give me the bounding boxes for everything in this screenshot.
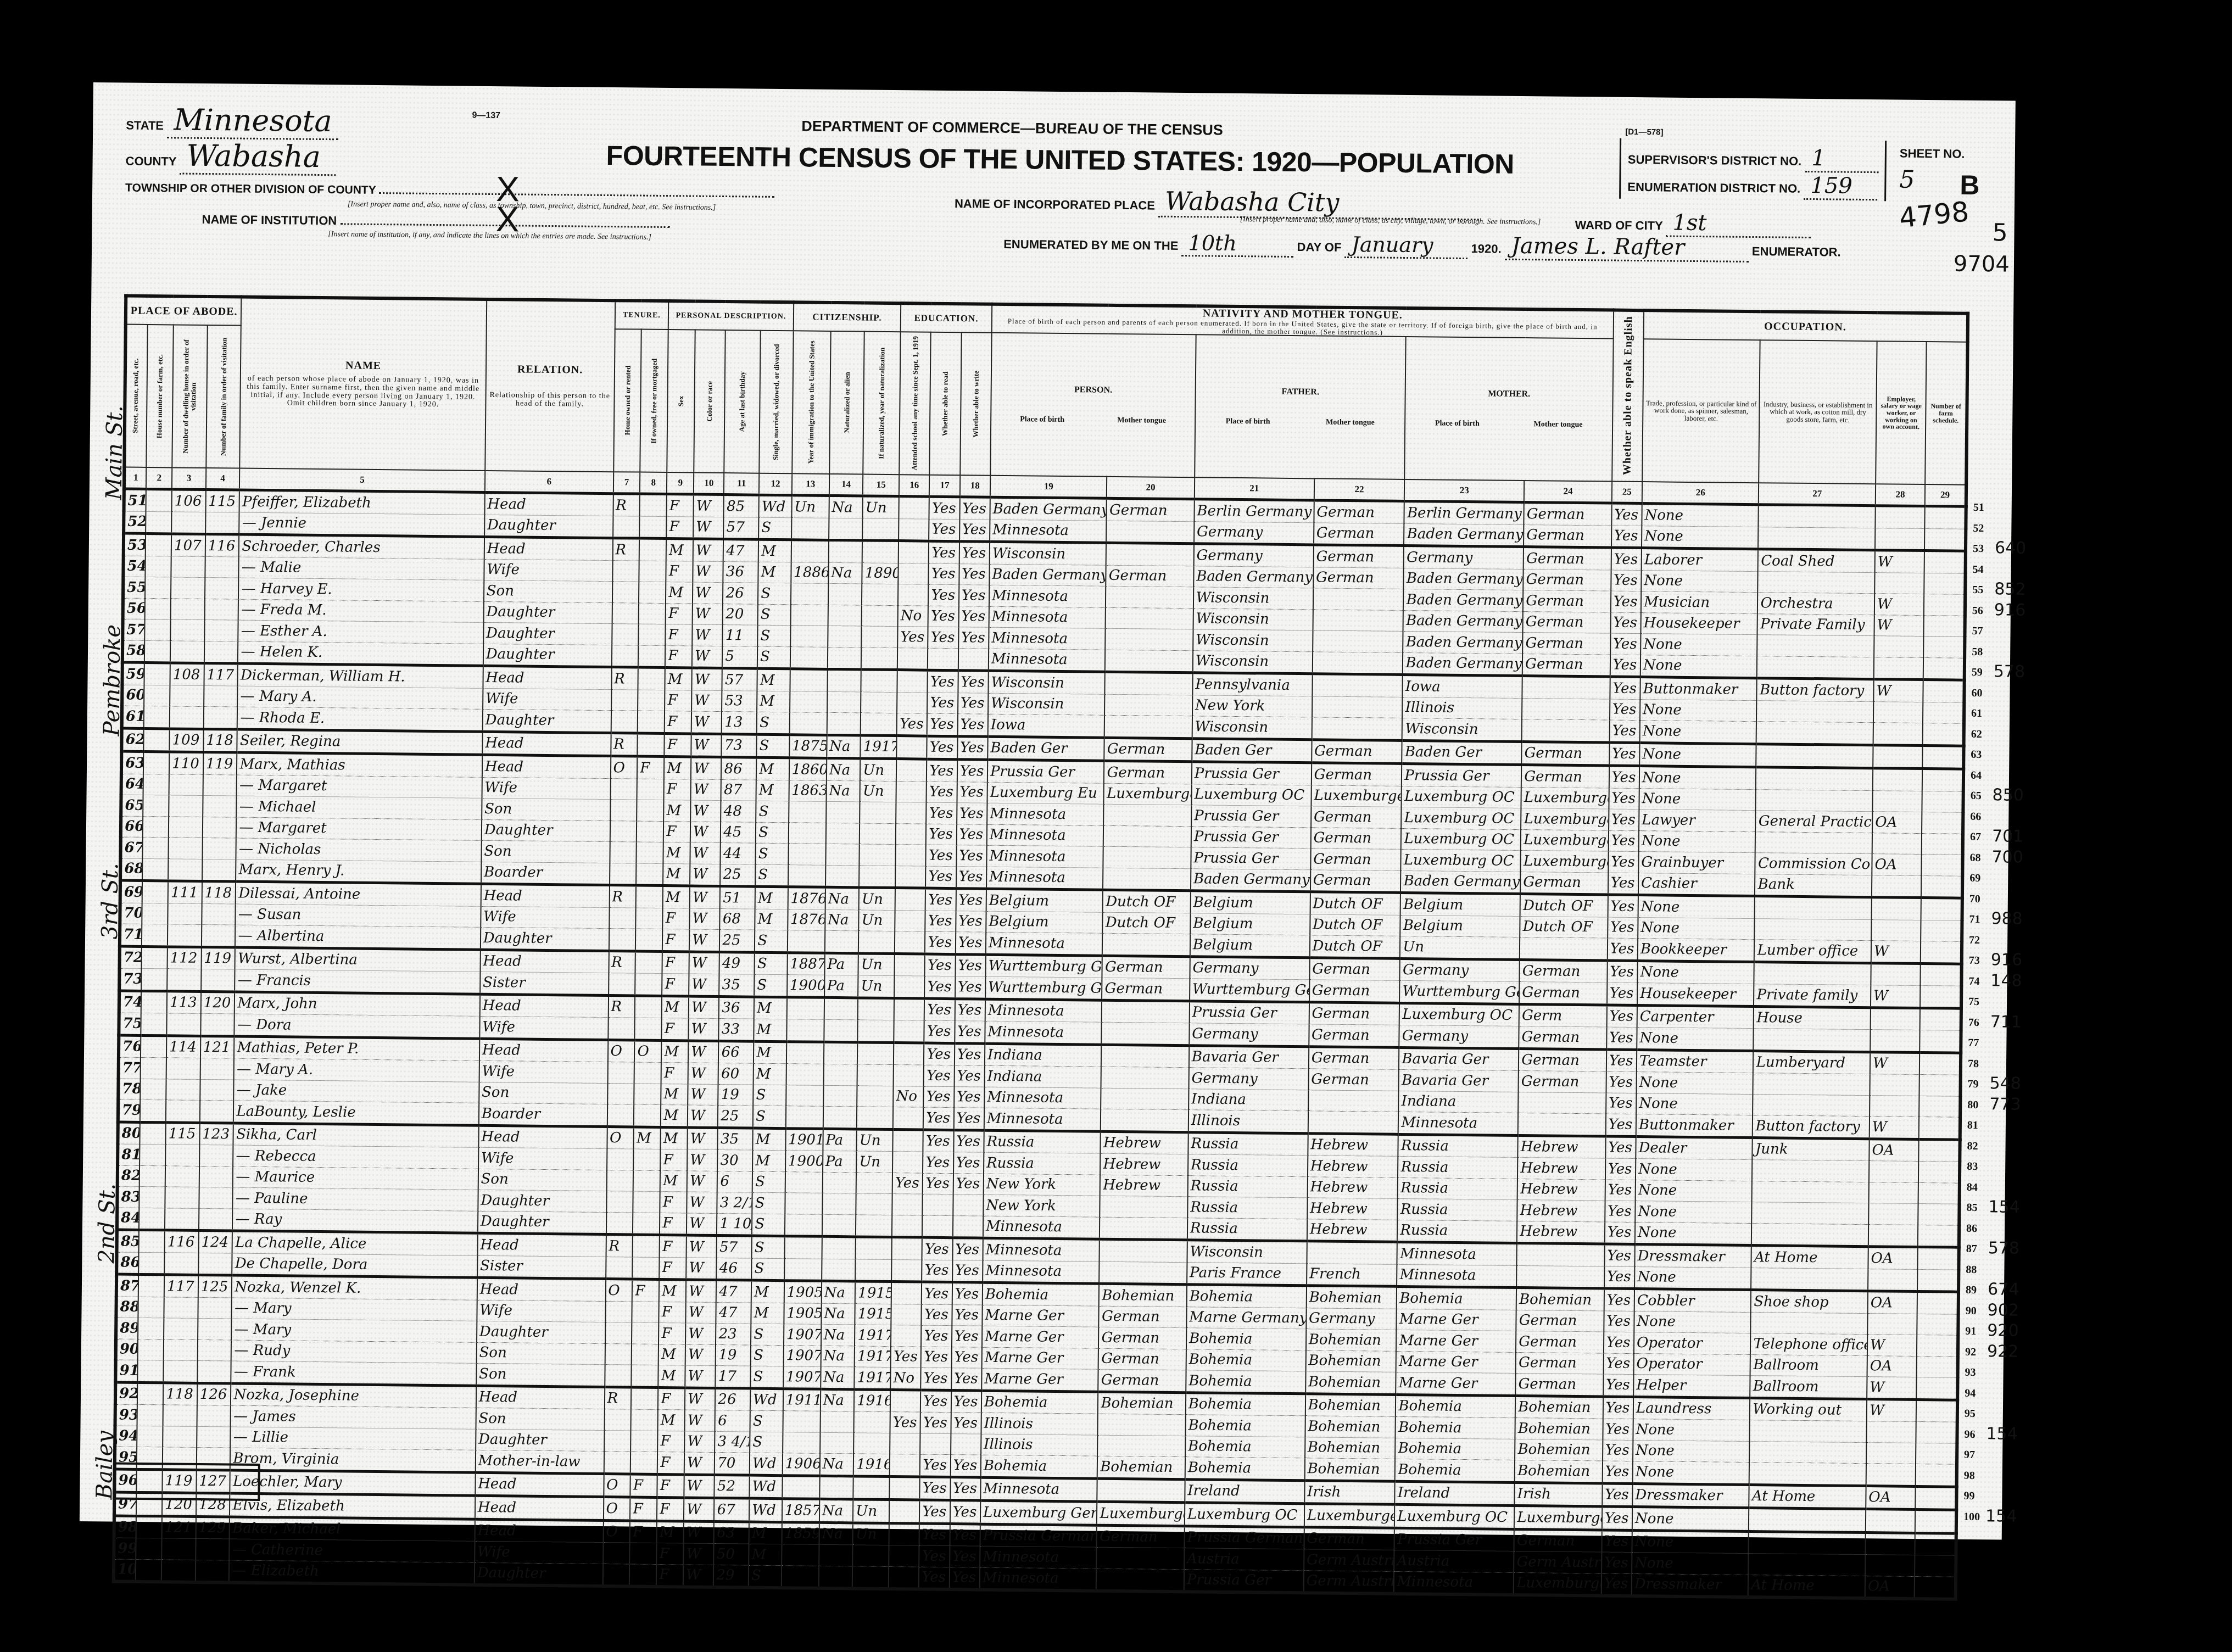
naturalization-status-cell: Pa	[824, 975, 858, 998]
farm-schedule-cell	[1916, 1486, 1957, 1510]
speaks-english-cell: Yes	[1606, 1093, 1637, 1114]
sex-cell: M	[657, 1521, 684, 1543]
family-number-cell	[200, 1101, 234, 1123]
margin-line-number: 73	[1969, 955, 1980, 967]
employer-class-cell	[1872, 875, 1922, 897]
farm-schedule-cell	[1918, 1204, 1960, 1225]
attended-school-cell: No	[893, 1086, 924, 1107]
column-number: 22	[1314, 479, 1404, 501]
can-read-cell: Yes	[925, 866, 956, 889]
mother-tongue-cell	[1105, 650, 1193, 673]
attended-school-cell	[897, 692, 928, 713]
occupation-cell: None	[1632, 1507, 1749, 1532]
occupation-cell: None	[1637, 1028, 1754, 1051]
margin-code: 154	[1988, 1197, 2020, 1217]
naturalization-status-cell	[825, 865, 860, 888]
person-name-cell: Marx, Henry J.	[236, 860, 481, 884]
race-cell: W	[690, 822, 721, 843]
mother-birthplace-cell: Luxemburg OC	[1401, 850, 1521, 872]
speaks-english-cell: Yes	[1608, 873, 1639, 895]
house-number	[139, 1145, 165, 1166]
mother-mother-tongue-cell: Luxemburger	[1521, 808, 1609, 830]
mother-tongue-cell	[1106, 543, 1194, 566]
house-number	[143, 752, 169, 774]
naturalization-status-cell: Na	[821, 1367, 855, 1389]
father-birthplace-cell: Prussia Ger	[1192, 762, 1312, 785]
home-tenure-cell	[606, 1257, 633, 1279]
father-mother-tongue-cell: Luxemburger	[1304, 1504, 1395, 1528]
marital-status-cell: M	[758, 562, 791, 583]
line-number: 52	[124, 511, 146, 534]
age-cell: 70	[715, 1453, 750, 1475]
line-number: 83	[117, 1186, 139, 1208]
margin-line-number: 56	[1972, 604, 1983, 617]
immigration-year-cell	[786, 997, 824, 1019]
enumeration-label: ENUMERATION DISTRICT NO.	[1627, 180, 1800, 196]
naturalization-status-cell	[825, 844, 860, 866]
farm-schedule-cell	[1918, 1182, 1960, 1204]
age-cell: 35	[719, 974, 754, 997]
employer-class-cell	[1871, 963, 1921, 985]
father-birthplace-cell: Bohemia	[1186, 1328, 1306, 1350]
occupation-cell: Helper	[1633, 1375, 1750, 1398]
age-cell: 48	[721, 801, 756, 822]
father-mother-tongue-cell: Dutch OF	[1310, 914, 1400, 936]
mother-tongue-cell: German	[1098, 1348, 1186, 1370]
margin-line-number: 80	[1967, 1098, 1978, 1111]
marital-status-cell: S	[753, 1085, 786, 1106]
attended-school-cell	[894, 1020, 924, 1043]
employer-class-cell	[1870, 1074, 1919, 1096]
farm-schedule-cell	[1921, 875, 1962, 898]
race-cell: W	[691, 779, 722, 801]
house-number	[143, 795, 169, 817]
can-read-cell: Yes	[925, 911, 956, 932]
birthplace-cell: Minnesota	[980, 1477, 1097, 1502]
birthplace-cell: Bohemia	[983, 1282, 1100, 1306]
mother-birthplace-cell: Bohemia	[1396, 1394, 1515, 1418]
margin-line-number: 98	[1964, 1469, 1975, 1482]
mother-birthplace-cell: Belgium	[1400, 893, 1520, 917]
can-write-cell: Yes	[957, 760, 988, 782]
speaks-english-cell: Yes	[1604, 1266, 1635, 1289]
home-tenure-cell: R	[604, 1387, 631, 1409]
can-read-cell: Yes	[919, 1523, 950, 1546]
naturalization-year-cell	[862, 540, 899, 563]
can-read-cell: Yes	[928, 584, 959, 606]
home-tenure-cell	[604, 1452, 630, 1474]
family-number-cell	[203, 817, 237, 838]
can-write-cell: Yes	[951, 1368, 982, 1391]
margin-code: 148	[1990, 971, 2022, 991]
home-tenure-cell	[610, 800, 637, 821]
naturalization-year-cell	[859, 866, 895, 888]
mother-mother-tongue-cell: German	[1523, 611, 1611, 633]
line-number: 73	[119, 968, 142, 991]
speaks-english-cell: Yes	[1609, 743, 1640, 766]
attended-school-cell	[898, 563, 929, 584]
relation-cell: Daughter	[475, 1562, 603, 1586]
column-number: 16	[899, 475, 930, 496]
employer-class-cell	[1869, 1182, 1919, 1203]
race-cell: W	[692, 624, 723, 646]
mother-birthplace-cell: Prussia Ger	[1402, 764, 1521, 788]
father-birthplace-cell: Ireland	[1185, 1479, 1304, 1504]
speaks-english-cell: Yes	[1605, 1222, 1636, 1244]
immigration-year-cell: 1875	[789, 735, 827, 758]
birthplace-cell: Iowa	[988, 714, 1105, 738]
sex-cell: F	[665, 645, 692, 668]
relation-cell: Head	[475, 1496, 604, 1521]
industry-cell: Orchestra	[1757, 593, 1874, 615]
can-write-cell: Yes	[958, 627, 989, 649]
industry-cell: Working out	[1750, 1398, 1867, 1421]
naturalization-status-cell	[823, 1064, 857, 1086]
birthplace-cell: Minnesota	[987, 824, 1104, 847]
mother-birthplace-cell: Luxemburg OC	[1402, 786, 1521, 808]
sex-cell: M	[661, 1040, 688, 1063]
employer-class-cell: W	[1873, 679, 1923, 702]
race-cell: W	[688, 1084, 718, 1106]
free-mortgaged-cell	[639, 538, 666, 561]
dwelling-number-cell: 111	[168, 881, 202, 903]
age-cell: 63	[714, 1521, 749, 1544]
house-number	[144, 706, 170, 729]
col-26-header: Trade, profession, or particular kind of…	[1642, 339, 1760, 483]
sex-cell: M	[665, 668, 692, 690]
free-mortgaged-cell	[633, 1191, 660, 1213]
industry-cell	[1755, 896, 1872, 920]
race-cell: W	[691, 734, 722, 757]
employer-class-cell	[1873, 701, 1923, 723]
occupation-cell: None	[1639, 743, 1756, 767]
naturalization-year-cell: 1915	[855, 1281, 891, 1304]
margin-code: 916	[1994, 600, 2026, 620]
attended-school-cell	[889, 1566, 919, 1589]
relation-header: RELATION. Relationship of this person to…	[485, 299, 615, 472]
family-number-cell	[203, 774, 237, 796]
home-tenure-cell	[605, 1301, 632, 1322]
occupation-header: OCCUPATION.	[1644, 310, 1968, 342]
age-cell: 47	[716, 1280, 751, 1303]
naturalization-year-cell: 1917	[855, 1346, 891, 1368]
margin-code: 773	[1989, 1095, 2021, 1114]
person-name-cell: — Margaret	[237, 775, 482, 799]
farm-schedule-cell	[1922, 791, 1963, 812]
mother-mother-tongue-cell: Dutch OF	[1520, 916, 1608, 938]
col-24-header: Mother tongue	[1534, 421, 1583, 430]
name-header-title: NAME	[243, 359, 483, 373]
birthplace-cell: Wurttemburg Germany	[985, 955, 1102, 978]
column-number: 14	[829, 474, 863, 496]
birthplace-cell: Prussia Germany	[980, 1524, 1097, 1548]
home-tenure-cell	[606, 1191, 633, 1213]
occupation-cell: None	[1639, 788, 1756, 811]
relation-cell: Head	[479, 994, 608, 1018]
father-mother-tongue-cell: German	[1311, 806, 1402, 828]
can-read-cell: Yes	[922, 1260, 953, 1282]
race-cell: W	[692, 668, 723, 690]
naturalization-year-cell	[858, 931, 895, 953]
home-tenure-cell: R	[611, 733, 638, 756]
father-mother-tongue-cell: German	[1310, 828, 1401, 850]
attended-school-cell	[894, 998, 925, 1020]
relation-cell: Head	[477, 1234, 606, 1257]
father-birthplace-cell: Prussia Ger	[1191, 847, 1310, 870]
industry-cell: Lumberyard	[1753, 1051, 1870, 1074]
immigration-year-cell: 1907	[783, 1366, 821, 1389]
speaks-english-cell: Yes	[1611, 548, 1642, 570]
race-cell: W	[686, 1280, 717, 1302]
county-label: COUNTY	[126, 154, 177, 169]
race-cell: W	[686, 1302, 717, 1324]
mother-mother-tongue-cell: German	[1519, 982, 1607, 1005]
enumerated-month: January	[1344, 232, 1467, 259]
state-value: Minnesota	[167, 102, 339, 140]
dwelling-number-cell	[165, 1145, 199, 1166]
mother-mother-tongue-cell: German	[1524, 524, 1611, 548]
dwelling-number-cell: 113	[167, 991, 201, 1014]
line-number: 91	[115, 1360, 138, 1382]
line-number: 72	[120, 946, 142, 969]
person-name-cell: — Margaret	[236, 817, 482, 841]
mother-tongue-cell	[1100, 1217, 1187, 1240]
can-read-cell: Yes	[921, 1368, 952, 1390]
column-number: 2	[146, 467, 172, 489]
father-birthplace-cell: Wisconsin	[1193, 609, 1313, 631]
attended-school-cell	[892, 1194, 923, 1215]
free-mortgaged-cell: F	[637, 756, 664, 779]
speaks-english-cell: Yes	[1604, 1288, 1634, 1311]
relation-cell: Head	[475, 1519, 603, 1543]
dwelling-number-cell	[171, 512, 205, 534]
birthplace-cell: Marne Ger	[982, 1347, 1099, 1370]
can-write-cell: Yes	[953, 1152, 984, 1174]
mother-tongue-cell	[1102, 933, 1190, 956]
family-number-cell	[199, 1208, 233, 1231]
naturalization-year-cell	[861, 648, 897, 670]
person-name-cell: — James	[231, 1405, 476, 1429]
can-write-cell: Yes	[958, 606, 989, 627]
speaks-english-cell: Yes	[1603, 1353, 1634, 1375]
supervisor-value: 1	[1805, 146, 1878, 173]
mother-birthplace-cell: Bohemia	[1395, 1459, 1515, 1483]
family-number-cell	[204, 641, 238, 663]
age-cell: 26	[723, 583, 758, 604]
can-write-cell: Yes	[955, 954, 986, 976]
mother-mother-tongue-cell: Hebrew	[1518, 1135, 1606, 1158]
race-cell: W	[687, 1235, 717, 1258]
naturalization-year-cell: Un	[859, 910, 895, 931]
immigration-year-cell	[791, 540, 828, 562]
attended-school-cell	[895, 931, 925, 954]
father-birthplace-cell: Indiana	[1188, 1089, 1308, 1112]
race-cell: W	[684, 1431, 715, 1453]
speaks-english-cell: Yes	[1606, 1027, 1637, 1050]
mother-tongue-cell: German	[1102, 978, 1190, 1001]
naturalization-status-cell: Na	[821, 1281, 855, 1304]
father-mother-tongue-cell	[1313, 610, 1403, 632]
employer-class-cell	[1872, 897, 1922, 920]
naturalization-year-cell	[857, 1042, 894, 1065]
race-cell: W	[692, 646, 723, 668]
home-tenure-cell	[605, 1365, 632, 1387]
person-name-cell: — Mary	[231, 1319, 477, 1342]
farm-schedule-cell	[1921, 920, 1962, 941]
margin-line-number: 86	[1966, 1222, 1977, 1235]
occupation-cell: Operator	[1633, 1353, 1750, 1376]
immigration-year-cell	[783, 1411, 820, 1432]
sex-cell: M	[663, 863, 690, 886]
relation-cell: Head	[477, 1278, 605, 1302]
father-mother-tongue-cell	[1308, 1111, 1398, 1134]
dwelling-number-cell	[165, 1208, 199, 1231]
free-mortgaged-cell	[638, 711, 665, 733]
mother-birthplace-cell: Indiana	[1399, 1091, 1519, 1113]
mother-mother-tongue-cell: Irish	[1514, 1482, 1602, 1506]
farm-schedule-cell	[1921, 963, 1962, 986]
race-cell: W	[691, 711, 722, 734]
person-name-cell: — Jennie	[239, 512, 485, 537]
age-cell: 46	[717, 1258, 752, 1280]
home-tenure-cell	[605, 1322, 632, 1344]
line-number: 57	[122, 619, 145, 640]
page-title: FOURTEENTH CENSUS OF THE UNITED STATES: …	[606, 139, 1514, 180]
person-name-cell: Seiler, Regina	[237, 729, 483, 755]
house-number	[142, 946, 168, 969]
margin-line-number: 71	[1969, 913, 1980, 926]
naturalization-year-cell: Un	[863, 496, 899, 518]
industry-cell	[1758, 571, 1875, 594]
attended-school-cell: Yes	[890, 1412, 921, 1433]
employer-class-cell	[1866, 1442, 1916, 1464]
mother-tongue-cell	[1100, 1196, 1188, 1218]
family-number-cell: 118	[202, 881, 236, 904]
birthplace-cell: Luxemburg Eu	[987, 782, 1104, 805]
employer-class-cell	[1868, 1224, 1918, 1247]
line-number: 55	[123, 577, 146, 598]
occupation-cell: None	[1642, 526, 1759, 549]
house-number	[146, 534, 171, 556]
attended-school-cell	[895, 888, 926, 911]
col-20-header: Mother tongue	[1117, 417, 1166, 426]
can-read-cell: Yes	[927, 736, 958, 760]
race-cell: W	[687, 1171, 718, 1192]
farm-schedule-cell	[1922, 833, 1963, 855]
margin-code: 850	[1993, 785, 2024, 805]
occupation-cell: None	[1633, 1419, 1750, 1442]
naturalization-year-cell	[852, 1545, 889, 1566]
relation-cell: Wife	[479, 1061, 607, 1084]
person-name-cell: Loechler, Mary	[230, 1470, 476, 1496]
family-number-cell	[196, 1539, 230, 1560]
naturalization-year-cell	[852, 1566, 889, 1589]
person-name-cell: — Albertina	[235, 925, 481, 950]
free-mortgaged-cell	[635, 929, 662, 951]
column-number: 27	[1759, 483, 1876, 506]
family-number-cell: 123	[199, 1123, 233, 1145]
margin-line-number: 74	[1968, 975, 1979, 987]
naturalization-year-cell: 1917	[855, 1367, 891, 1389]
race-cell: W	[683, 1565, 714, 1588]
attended-school-cell	[896, 823, 927, 845]
age-cell: 30	[717, 1150, 752, 1171]
family-number-cell	[200, 1058, 234, 1080]
home-tenure-cell	[607, 1083, 634, 1104]
free-mortgaged-cell	[633, 1213, 660, 1235]
employer-class-cell	[1874, 657, 1924, 679]
mother-mother-tongue-cell: German	[1515, 1374, 1603, 1397]
father-birthplace-cell: Russia	[1187, 1218, 1307, 1241]
mother-birthplace-cell: Marne Ger	[1396, 1372, 1516, 1396]
county-value: Wabasha	[180, 138, 336, 176]
dwelling-number-cell	[168, 924, 202, 947]
dwelling-number-cell: 107	[171, 534, 205, 556]
age-cell: 13	[722, 712, 757, 734]
age-cell: 1 10/12	[717, 1213, 752, 1236]
line-number: 94	[115, 1426, 137, 1447]
personal-description-header: PERSONAL DESCRIPTION.	[668, 301, 794, 331]
free-mortgaged-cell	[639, 561, 666, 582]
industry-cell	[1751, 1268, 1868, 1291]
free-mortgaged-cell	[632, 1322, 659, 1344]
mother-mother-tongue-cell: German	[1522, 654, 1610, 677]
place-of-abode-header: PLACE OF ABODE.	[126, 296, 242, 326]
occupation-cell: None	[1635, 1222, 1752, 1246]
father-mother-tongue-cell	[1312, 696, 1403, 718]
father-mother-tongue-cell: Hebrew	[1308, 1134, 1398, 1157]
sex-cell: M	[664, 757, 691, 779]
margin-code: 578	[1988, 1238, 2020, 1258]
line-number: 51	[124, 489, 147, 511]
farm-schedule-cell	[1919, 1096, 1960, 1117]
free-mortgaged-cell	[636, 885, 663, 908]
house-number	[137, 1405, 163, 1426]
person-name-cell: Brom, Virginia	[230, 1448, 476, 1472]
race-cell: W	[684, 1521, 715, 1544]
county-field: COUNTY Wabasha	[125, 138, 336, 176]
ward-value: 1st	[1666, 210, 1811, 239]
home-tenure-cell: O	[605, 1279, 632, 1302]
naturalization-status-cell	[825, 931, 859, 953]
margin-code: 154	[1986, 1424, 2018, 1444]
can-read-cell: Yes	[924, 1086, 955, 1108]
father-mother-tongue-cell: German	[1314, 500, 1404, 523]
mother-birthplace-cell: Russia	[1398, 1134, 1518, 1158]
age-cell: 20	[723, 604, 758, 625]
speaks-english-cell: Yes	[1602, 1552, 1632, 1573]
speaks-english-cell: Yes	[1610, 699, 1640, 721]
mother-tongue-cell: German	[1097, 1525, 1185, 1548]
occupation-cell: Dealer	[1636, 1136, 1753, 1160]
marital-status-cell: S	[754, 974, 787, 997]
father-birthplace-cell: Baden Germany	[1191, 869, 1310, 892]
home-tenure-cell	[607, 1149, 634, 1170]
father-birthplace-cell: Germany	[1194, 522, 1314, 545]
farm-schedule-cell	[1924, 551, 1966, 573]
column-number: 9	[667, 472, 694, 494]
father-mother-tongue-cell	[1312, 674, 1403, 697]
person-name-cell: Dilessai, Antoine	[236, 881, 481, 906]
birthplace-cell: Minnesota	[989, 606, 1106, 629]
industry-cell	[1756, 744, 1873, 768]
mother-tongue-cell	[1102, 1022, 1190, 1045]
mother-birthplace-cell: Bohemia	[1397, 1287, 1516, 1310]
family-number-cell: 125	[198, 1275, 232, 1298]
census-table: PLACE OF ABODE. NAME of each person whos…	[112, 294, 1969, 1601]
mother-tongue-cell	[1103, 825, 1191, 847]
home-tenure-cell	[609, 973, 635, 996]
